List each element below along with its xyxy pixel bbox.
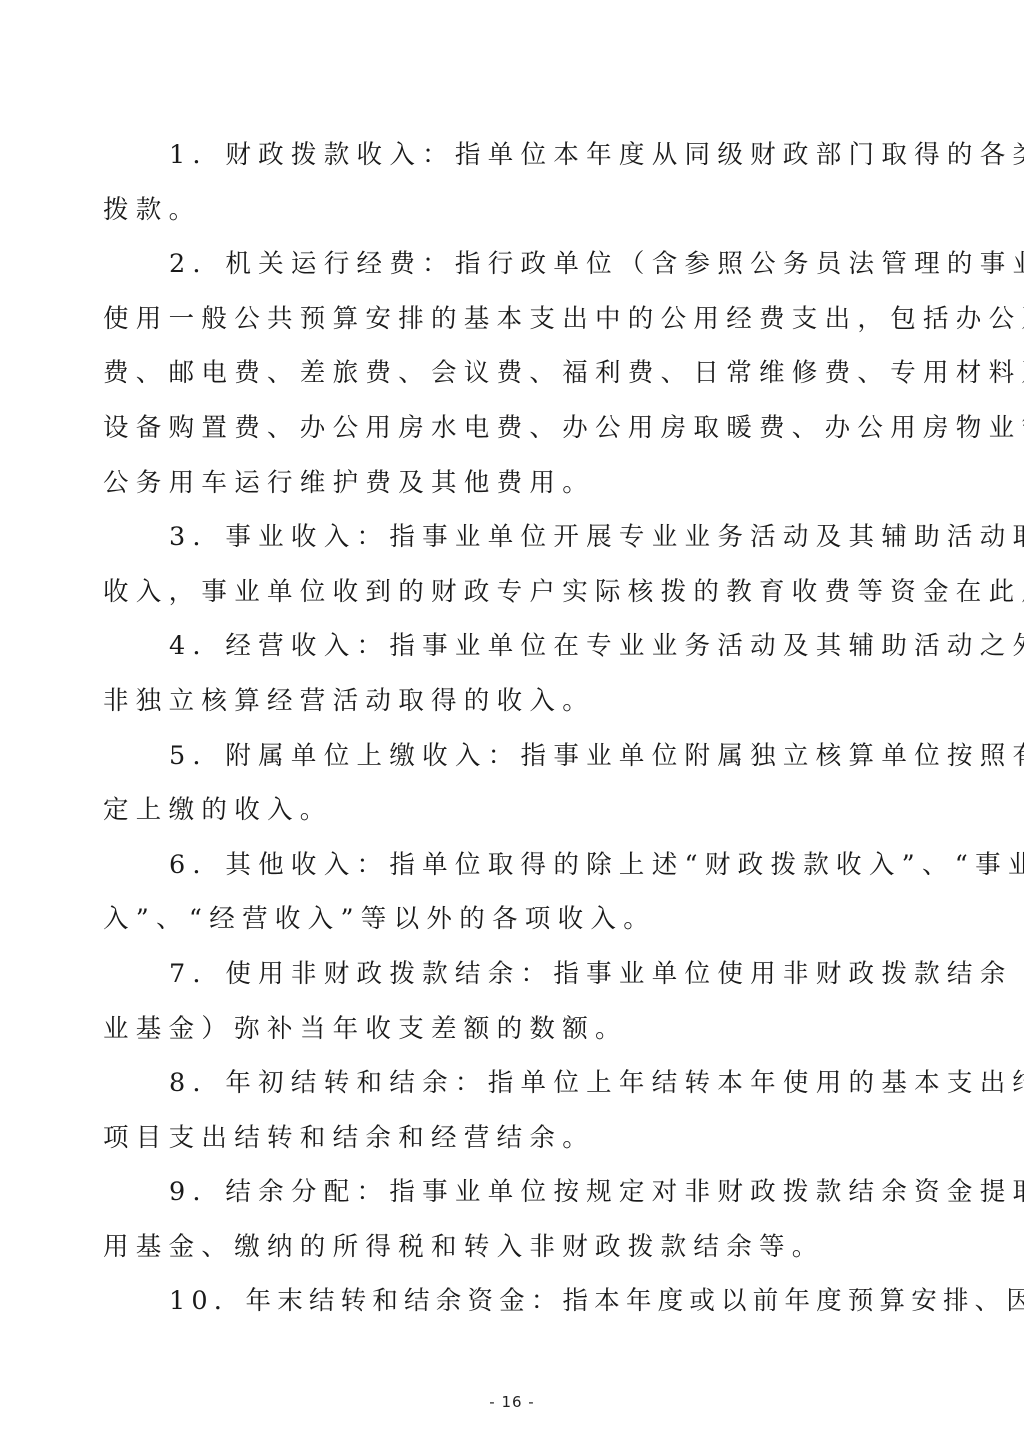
page-number: - 16 - <box>0 1393 1024 1411</box>
paragraph-line: 2．机关运行经费：指行政单位（含参照公务员法管理的事业单位） <box>103 242 963 297</box>
definition-item-1: 1．财政拨款收入：指单位本年度从同级财政部门取得的各类财政 拨款。 <box>103 133 963 242</box>
document-page: 1．财政拨款收入：指单位本年度从同级财政部门取得的各类财政 拨款。 2．机关运行… <box>0 0 1024 1448</box>
paragraph-line: 5．附属单位上缴收入：指事业单位附属独立核算单位按照有关规 <box>103 734 963 789</box>
paragraph-line: 10．年末结转和结余资金：指本年度或以前年度预算安排、因客观 <box>103 1279 963 1334</box>
paragraph-line: 4．经营收入：指事业单位在专业业务活动及其辅助活动之外开展 <box>103 624 963 679</box>
definition-item-7: 7．使用非财政拨款结余：指事业单位使用非财政拨款结余（原事 业基金）弥补当年收支… <box>103 952 963 1061</box>
paragraph-line: 8．年初结转和结余：指单位上年结转本年使用的基本支出结转、 <box>103 1061 963 1116</box>
paragraph-line: 公务用车运行维护费及其他费用。 <box>103 461 963 516</box>
definition-item-10: 10．年末结转和结余资金：指本年度或以前年度预算安排、因客观 <box>103 1279 963 1334</box>
paragraph-line: 3．事业收入：指事业单位开展专业业务活动及其辅助活动取得的 <box>103 515 963 570</box>
paragraph-line: 业基金）弥补当年收支差额的数额。 <box>103 1007 963 1062</box>
paragraph-line: 用基金、缴纳的所得税和转入非财政拨款结余等。 <box>103 1225 963 1280</box>
paragraph-line: 1．财政拨款收入：指单位本年度从同级财政部门取得的各类财政 <box>103 133 963 188</box>
paragraph-line: 6．其他收入：指单位取得的除上述“财政拨款收入”、“事业收 <box>103 843 963 898</box>
paragraph-line: 拨款。 <box>103 188 963 243</box>
definition-item-9: 9．结余分配：指事业单位按规定对非财政拨款结余资金提取的专 用基金、缴纳的所得税… <box>103 1170 963 1279</box>
paragraph-line: 收入，事业单位收到的财政专户实际核拨的教育收费等资金在此反映。 <box>103 570 963 625</box>
document-body: 1．财政拨款收入：指单位本年度从同级财政部门取得的各类财政 拨款。 2．机关运行… <box>103 133 963 1334</box>
definition-item-4: 4．经营收入：指事业单位在专业业务活动及其辅助活动之外开展 非独立核算经营活动取… <box>103 624 963 733</box>
paragraph-line: 使用一般公共预算安排的基本支出中的公用经费支出，包括办公及印刷 <box>103 297 963 352</box>
paragraph-line: 非独立核算经营活动取得的收入。 <box>103 679 963 734</box>
paragraph-line: 7．使用非财政拨款结余：指事业单位使用非财政拨款结余（原事 <box>103 952 963 1007</box>
definition-item-3: 3．事业收入：指事业单位开展专业业务活动及其辅助活动取得的 收入，事业单位收到的… <box>103 515 963 624</box>
paragraph-line: 费、邮电费、差旅费、会议费、福利费、日常维修费、专用材料及一般 <box>103 351 963 406</box>
paragraph-line: 项目支出结转和结余和经营结余。 <box>103 1116 963 1171</box>
definition-item-6: 6．其他收入：指单位取得的除上述“财政拨款收入”、“事业收 入”、“经营收入”等… <box>103 843 963 952</box>
paragraph-line: 9．结余分配：指事业单位按规定对非财政拨款结余资金提取的专 <box>103 1170 963 1225</box>
paragraph-line: 定上缴的收入。 <box>103 788 963 843</box>
paragraph-line: 设备购置费、办公用房水电费、办公用房取暖费、办公用房物业管理费、 <box>103 406 963 461</box>
definition-item-5: 5．附属单位上缴收入：指事业单位附属独立核算单位按照有关规 定上缴的收入。 <box>103 734 963 843</box>
paragraph-line: 入”、“经营收入”等以外的各项收入。 <box>103 897 963 952</box>
definition-item-2: 2．机关运行经费：指行政单位（含参照公务员法管理的事业单位） 使用一般公共预算安… <box>103 242 963 515</box>
definition-item-8: 8．年初结转和结余：指单位上年结转本年使用的基本支出结转、 项目支出结转和结余和… <box>103 1061 963 1170</box>
